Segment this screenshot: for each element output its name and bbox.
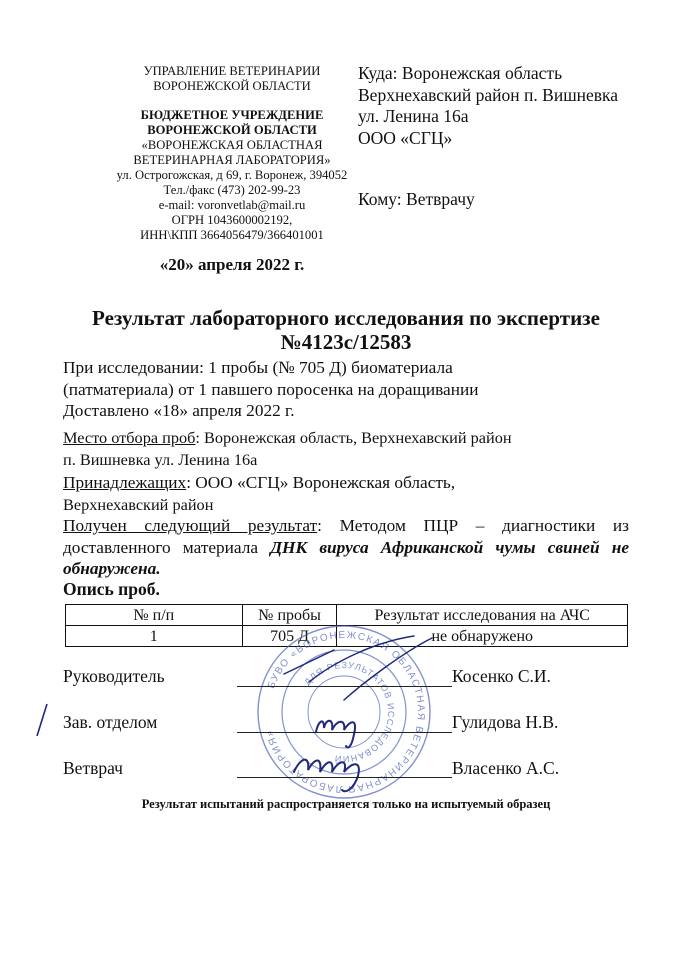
- study-line-1: При исследовании: 1 пробы (№ 705 Д) биом…: [63, 357, 629, 379]
- inventory-heading: Опись проб.: [63, 579, 160, 600]
- study-description: При исследовании: 1 пробы (№ 705 Д) биом…: [63, 357, 629, 422]
- sender-header: УПРАВЛЕНИЕ ВЕТЕРИНАРИИ ВОРОНЕЖСКОЙ ОБЛАС…: [88, 64, 376, 272]
- result-label: Получен следующий результат: [63, 516, 317, 535]
- sender-ogrn: ОГРН 1043600002192,: [88, 213, 376, 228]
- organization-line-2: ВОРОНЕЖСКОЙ ОБЛАСТИ: [88, 123, 376, 138]
- owner-value: : ООО «СГЦ» Воронежская область,: [186, 473, 455, 492]
- organization-line-3: «ВОРОНЕЖСКАЯ ОБЛАСТНАЯ: [88, 138, 376, 153]
- signatory-role-vet: Ветврач: [63, 758, 123, 779]
- recipient-to: Кому: Ветврачу: [358, 189, 475, 210]
- recipient-address: Куда: Воронежская область Верхнехавский …: [358, 63, 618, 149]
- department-name: УПРАВЛЕНИЕ ВЕТЕРИНАРИИ: [88, 64, 376, 79]
- recipient-line-1: Куда: Воронежская область: [358, 63, 618, 85]
- recipient-line-2: Верхнехавский район п. Вишневка: [358, 85, 618, 107]
- column-header-index: № п/п: [66, 605, 243, 626]
- signatory-name-head: Косенко С.И.: [452, 666, 551, 687]
- cell-index: 1: [66, 626, 243, 647]
- result-paragraph: Получен следующий результат: Методом ПЦР…: [63, 515, 629, 580]
- owner: Принадлежащих: ООО «СГЦ» Воронежская обл…: [63, 472, 629, 515]
- signatory-role-head: Руководитель: [63, 666, 165, 687]
- delivery-date: Доставлено «18» апреля 2022 г.: [63, 400, 629, 422]
- study-line-2: (патматериала) от 1 павшего поросенка на…: [63, 379, 629, 401]
- signatory-name-department: Гулидова Н.В.: [452, 712, 558, 733]
- owner-value-2: Верхнехавский район: [63, 494, 629, 516]
- signatory-role-department: Зав. отделом: [63, 712, 157, 733]
- document-title: Результат лабораторного исследования по …: [40, 306, 652, 354]
- signature-line-head: [237, 686, 452, 687]
- sender-phone: Тел./факс (473) 202-99-23: [88, 183, 376, 198]
- footer-note: Результат испытаний распространяется тол…: [0, 797, 692, 812]
- signature-line-department: [237, 732, 452, 733]
- owner-label: Принадлежащих: [63, 473, 186, 492]
- sampling-label: Место отбора проб: [63, 428, 195, 447]
- department-region: ВОРОНЕЖСКОЙ ОБЛАСТИ: [88, 79, 376, 94]
- recipient-line-3: ул. Ленина 16а: [358, 106, 618, 128]
- expertise-number: №4123с/12583: [40, 330, 652, 354]
- official-stamp-icon: БУВО «ВОРОНЕЖСКАЯ ОБЛАСТНАЯ ВЕТЕРИНАРНАЯ…: [254, 622, 434, 802]
- document-date: «20» апреля 2022 г.: [88, 257, 376, 272]
- sender-email: e-mail: voronvetlab@mail.ru: [88, 198, 376, 213]
- organization-line-1: БЮДЖЕТНОЕ УЧРЕЖДЕНИЕ: [88, 108, 376, 123]
- recipient-line-4: ООО «СГЦ»: [358, 128, 618, 150]
- sender-address: ул. Острогожская, д 69, г. Воронеж, 3940…: [88, 168, 376, 183]
- title-line-1: Результат лабораторного исследования по …: [40, 306, 652, 330]
- sampling-place: Место отбора проб: Воронежская область, …: [63, 427, 629, 470]
- sampling-value-2: п. Вишневка ул. Ленина 16а: [63, 449, 629, 471]
- signatory-name-vet: Власенко А.С.: [452, 758, 559, 779]
- sender-inn-kpp: ИНН\КПП 3664056479/366401001: [88, 228, 376, 243]
- signature-line-vet: [237, 777, 452, 778]
- pen-mark-icon: [34, 702, 50, 738]
- organization-line-4: ВЕТЕРИНАРНАЯ ЛАБОРАТОРИЯ»: [88, 153, 376, 168]
- sampling-value: : Воронежская область, Верхнехавский рай…: [195, 428, 511, 447]
